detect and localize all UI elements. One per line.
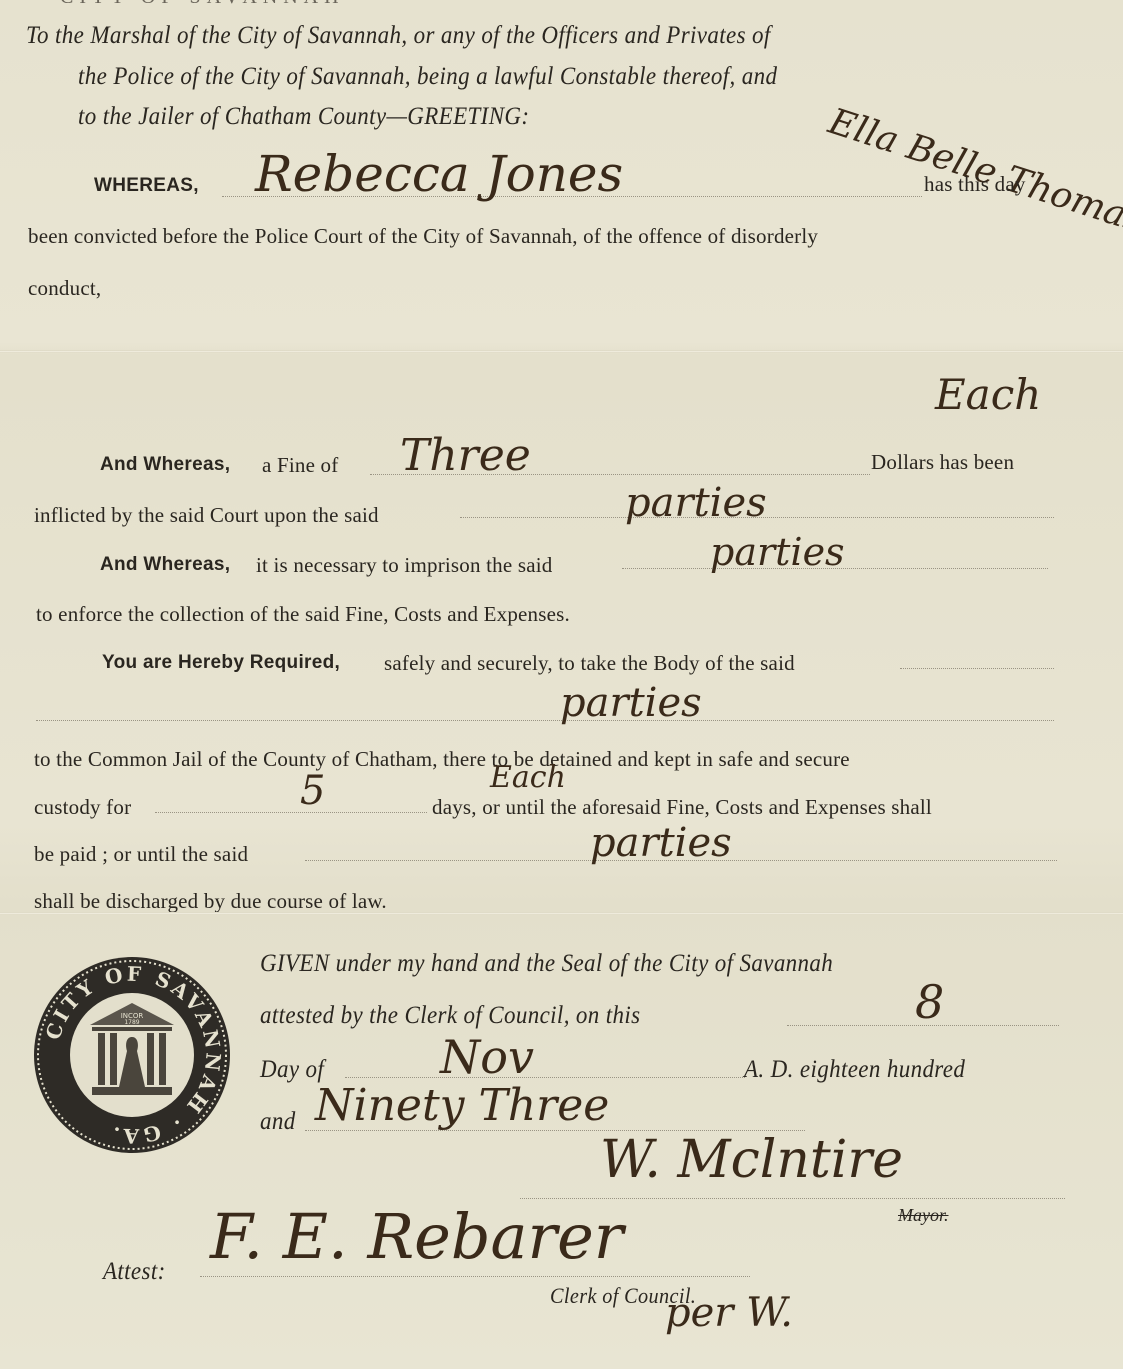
day-handwritten: 8 (915, 975, 944, 1029)
order-text: safely and securely, to take the Body of… (384, 651, 795, 676)
fine-parties-handwritten: parties (625, 480, 767, 526)
imprison-text: it is necessary to imprison the said (256, 553, 552, 578)
order-parties-handwritten: parties (560, 680, 702, 726)
jail-line: to the Common Jail of the County of Chat… (34, 747, 850, 772)
address-line-2: the Police of the City of Savannah, bein… (78, 63, 777, 91)
seal-icon: CITY OF SAVANNAH · GA. INCOR 1789 (32, 955, 232, 1155)
fine-amount-handwritten: Three (400, 430, 531, 481)
conviction-line: been convicted before the Police Court o… (28, 224, 818, 249)
address-line-3: to the Jailer of Chatham County—GREETING… (78, 103, 529, 131)
paper-fold (0, 350, 1123, 353)
year-handwritten: Ninety Three (315, 1080, 609, 1131)
clerk-signature-line (200, 1276, 750, 1277)
given-line-2: attested by the Clerk of Council, on thi… (260, 1002, 640, 1030)
custody-days-line (155, 812, 427, 813)
order-line-1 (900, 668, 1054, 669)
custody-each-handwritten: Each (490, 760, 566, 795)
offence-line: conduct, (28, 276, 101, 301)
whereas-suffix: has this day (924, 172, 1026, 197)
clerk-signature: F. E. Rebarer (210, 1200, 623, 1273)
defendant-name-handwritten: Rebecca Jones (255, 145, 623, 203)
paid-parties-handwritten: parties (590, 820, 732, 866)
given-line-1: GIVEN under my hand and the Seal of the … (260, 950, 833, 978)
imprison-label: And Whereas, (100, 554, 230, 576)
inflicted-line: inflicted by the said Court upon the sai… (34, 503, 379, 528)
order-line-2 (36, 720, 1054, 721)
days-handwritten: 5 (300, 768, 325, 814)
fine-text: a Fine of (262, 453, 338, 478)
fine-suffix: Dollars has been (871, 450, 1014, 475)
custody-prefix: custody for (34, 795, 131, 820)
custody-suffix: days, or until the aforesaid Fine, Costs… (432, 795, 932, 820)
svg-text:1789: 1789 (124, 1019, 139, 1026)
whereas-label: WHEREAS, (94, 175, 199, 197)
each-handwritten: Each (935, 370, 1041, 419)
order-label: You are Hereby Required, (102, 652, 340, 674)
month-handwritten: Nov (440, 1030, 534, 1084)
clerk-per-handwritten: per W. (665, 1290, 793, 1336)
mayor-signature: W. Mclntire (600, 1130, 903, 1190)
imprison-parties-handwritten: parties (710, 530, 845, 574)
mayor-signature-line (520, 1198, 1065, 1199)
cut-off-header: CITY OF SAVANNAH (60, 0, 345, 9)
given-month-line (345, 1077, 745, 1078)
discharge-line: shall be discharged by due course of law… (34, 889, 387, 914)
given-ad-line: A. D. eighteen hundred (744, 1056, 965, 1084)
fine-label: And Whereas, (100, 454, 230, 476)
address-line-1: To the Marshal of the City of Savannah, … (26, 22, 771, 50)
paper-fold-2 (0, 912, 1123, 915)
mayor-label: Mayor. (898, 1205, 949, 1226)
paid-prefix: be paid ; or until the said (34, 842, 248, 867)
attest-label: Attest: (103, 1258, 166, 1286)
given-and: and (260, 1108, 296, 1136)
city-seal: CITY OF SAVANNAH · GA. INCOR 1789 (32, 955, 232, 1155)
enforce-line: to enforce the collection of the said Fi… (36, 602, 570, 627)
